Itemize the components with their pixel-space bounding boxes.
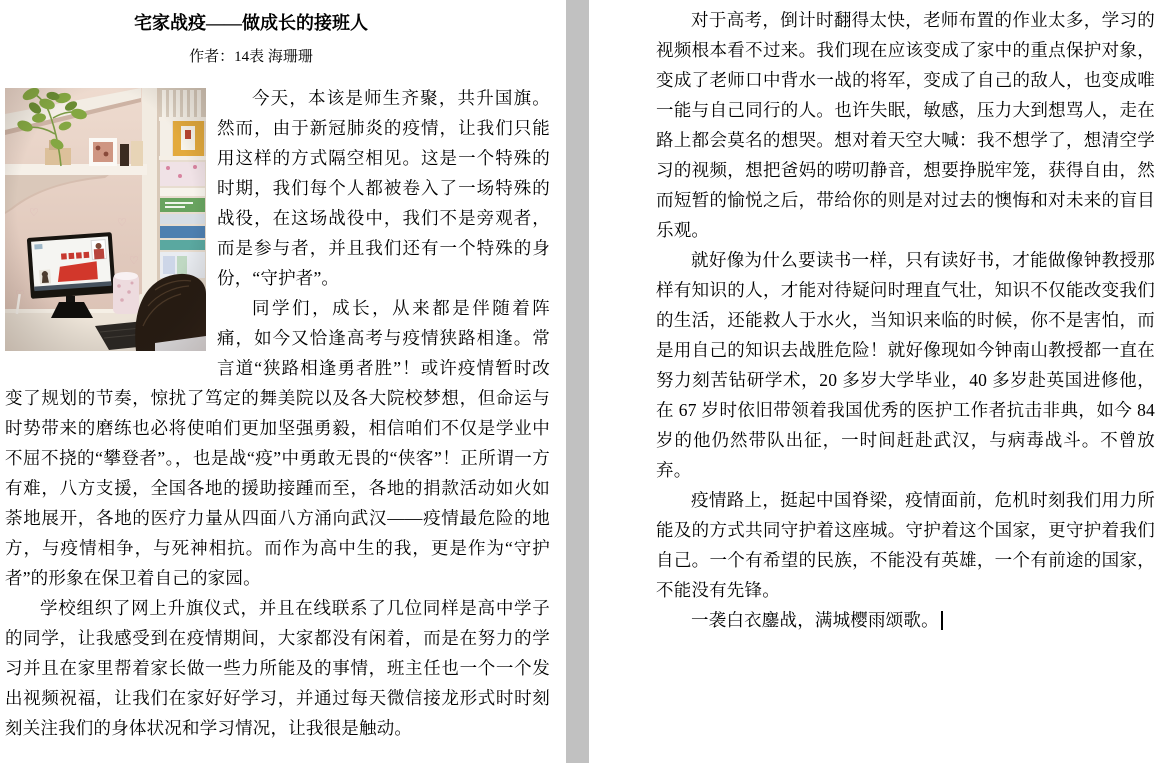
page-1[interactable]: 宅家战疫——做成长的接班人 作者：14表 海珊珊 — [0, 0, 566, 763]
document-author-line[interactable]: 作者：14表 海珊珊 — [5, 42, 497, 72]
document-title[interactable]: 宅家战疫——做成长的接班人 — [5, 8, 497, 38]
document-header: 宅家战疫——做成长的接班人 作者：14表 海珊珊 — [5, 8, 497, 72]
text-cursor — [941, 611, 943, 630]
page-2[interactable]: 对于高考，倒计时翻得太快，老师布置的作业太多，学习的视频根本看不过来。我们现在应… — [589, 0, 1160, 763]
paragraph-text: 学校组织了网上升旗仪式，并且在线联系了几位同样是高中学子的同学，让我感受到在疫情… — [5, 598, 550, 738]
paragraph-text: 疫情路上，挺起中国脊梁，疫情面前，危机时刻我们用力所能及的方式共同守护着这座城。… — [656, 490, 1155, 600]
page-1-body: ♡♡ ♡♡ ♡♡ — [5, 83, 550, 743]
paragraph[interactable]: 对于高考，倒计时翻得太快，老师布置的作业太多，学习的视频根本看不过来。我们现在应… — [656, 5, 1155, 245]
paragraph-text: 一袭白衣鏖战，满城樱雨颂歌。 — [691, 610, 939, 630]
document-two-page-view: 宅家战疫——做成长的接班人 作者：14表 海珊珊 — [0, 0, 1160, 763]
inline-photo-student-at-computer[interactable]: ♡♡ ♡♡ ♡♡ — [5, 88, 206, 351]
student-photo-graphic: ♡♡ ♡♡ ♡♡ — [5, 88, 206, 351]
paragraph[interactable]: 学校组织了网上升旗仪式，并且在线联系了几位同样是高中学子的同学，让我感受到在疫情… — [5, 593, 550, 743]
paragraph-text: 就好像为什么要读书一样，只有读好书，才能做像钟教授那样有知识的人，才能对待疑问时… — [656, 250, 1155, 480]
paragraph[interactable]: 疫情路上，挺起中国脊梁，疫情面前，危机时刻我们用力所能及的方式共同守护着这座城。… — [656, 485, 1155, 605]
paragraph[interactable]: 就好像为什么要读书一样，只有读好书，才能做像钟教授那样有知识的人，才能对待疑问时… — [656, 245, 1155, 485]
paragraph-text: 对于高考，倒计时翻得太快，老师布置的作业太多，学习的视频根本看不过来。我们现在应… — [656, 10, 1155, 240]
paragraph-text: 今天，本该是师生齐聚，共升国旗。然而，由于新冠肺炎的疫情，让我们只能用这样的方式… — [217, 88, 550, 288]
paragraph-last[interactable]: 一袭白衣鏖战，满城樱雨颂歌。 — [656, 605, 1155, 635]
page-gap-divider — [566, 0, 589, 763]
